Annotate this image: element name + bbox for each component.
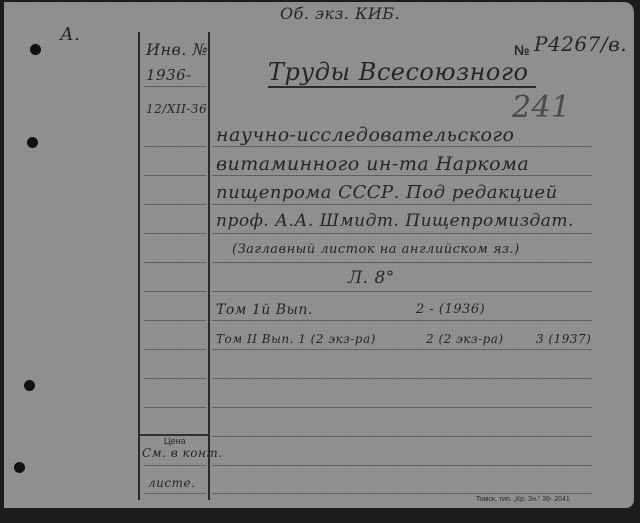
- punch-hole: [24, 380, 35, 391]
- inv-number: 1936-: [146, 66, 192, 84]
- ruled-line: [212, 465, 592, 466]
- ruled-line: [144, 493, 206, 494]
- punch-hole: [30, 44, 41, 55]
- price-line-1: См. в конт.: [142, 446, 223, 460]
- ruled-line: [144, 465, 206, 466]
- price-line-2: листе.: [148, 476, 195, 490]
- ruled-line: [144, 86, 206, 87]
- printer-imprint: Томск, тип. „Кр. Зн.“ 36- 2041: [476, 496, 570, 503]
- volume-1-copies: 2 - (1936): [416, 302, 485, 317]
- ruled-line: [144, 378, 206, 379]
- body-line-3: пищепрома СССР. Под редакцией: [216, 182, 558, 203]
- format: Л. 8°: [348, 268, 395, 288]
- body-line-2: витаминного ин-та Наркома: [216, 153, 529, 175]
- price-label: Цена: [164, 436, 186, 446]
- ruled-line: [144, 204, 206, 205]
- ruled-line: [212, 349, 592, 350]
- body-line-4: проф. А.А. Шмидт. Пищепромиздат.: [216, 211, 574, 231]
- inv-date: 12/XII-36.: [146, 102, 211, 116]
- ruled-line: [212, 436, 592, 437]
- volume-2-label: Том II Вып. 1 (2 экз-ра): [216, 332, 376, 346]
- ruled-line: [144, 146, 206, 147]
- title-line: Труды Всесоюзного: [268, 58, 536, 88]
- number-annotation: 241: [512, 90, 571, 125]
- volume-1-label: Том 1й Вып.: [216, 302, 313, 318]
- volume-2-extra: 3 (1937): [536, 332, 591, 346]
- catalog-number: Р4267/в.: [534, 32, 627, 56]
- column-border-left: [138, 32, 140, 500]
- ruled-line: [144, 175, 206, 176]
- punch-hole: [14, 462, 25, 473]
- ruled-line: [144, 407, 206, 408]
- ruled-line: [144, 349, 206, 350]
- ruled-line: [144, 262, 206, 263]
- ruled-line: [212, 146, 592, 147]
- ruled-line: [212, 233, 592, 234]
- ruled-line: [212, 407, 592, 408]
- number-prefix: №: [514, 42, 530, 58]
- catalog-card: Об. экз. КИБ. А. № Р4267/в. 241 Инв. № 1…: [4, 2, 634, 508]
- top-note: Об. экз. КИБ.: [280, 4, 400, 23]
- volume-2-copies: 2 (2 экз-ра): [426, 332, 504, 346]
- catalog-letter: А.: [60, 24, 80, 45]
- ruled-line: [212, 378, 592, 379]
- ruled-line: [144, 291, 206, 292]
- inv-label: Инв. №: [146, 40, 208, 59]
- ruled-line: [212, 320, 592, 321]
- ruled-line: [212, 262, 592, 263]
- ruled-line: [144, 233, 206, 234]
- ruled-line: [212, 204, 592, 205]
- ruled-line: [212, 291, 592, 292]
- ruled-line: [144, 320, 206, 321]
- punch-hole: [27, 137, 38, 148]
- body-line-5: (Заглавный листок на английском яз.): [232, 242, 520, 257]
- body-line-1: научно-исследовательского: [216, 124, 514, 146]
- ruled-line: [212, 493, 592, 494]
- ruled-line: [212, 175, 592, 176]
